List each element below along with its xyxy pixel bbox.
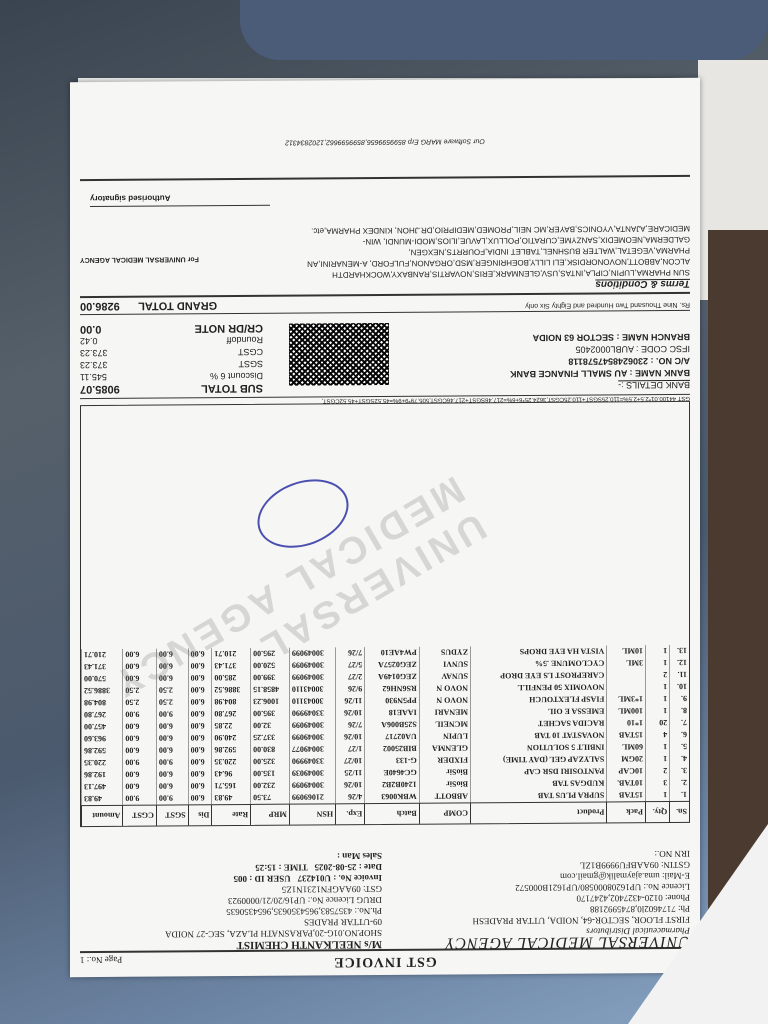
table-cell: 30043110 — [289, 695, 335, 707]
column-header: COMP — [419, 803, 470, 824]
for-agency: For UNIVERSAL MEDICAL AGENCY — [80, 253, 199, 265]
table-cell: 6.00 — [188, 768, 212, 780]
table-cell: 9/26 — [336, 683, 365, 695]
table-cell: 6.00 — [188, 732, 212, 744]
table-cell: 1 — [645, 705, 669, 717]
column-header: HSN — [289, 804, 335, 825]
table-cell — [607, 681, 646, 693]
table-cell: 240.90 — [212, 732, 251, 744]
column-header: Exp. — [336, 804, 365, 825]
table-cell: SUNVI — [419, 658, 470, 670]
table-cell: 1006.23 — [251, 696, 290, 708]
table-cell: 33049990 — [289, 707, 335, 719]
column-header: Qty. — [645, 802, 669, 823]
table-cell: RS6NH62 — [365, 683, 420, 695]
page-number: Page No.: 1 — [80, 955, 122, 965]
table-cell: FIASP FLEXTOUCH — [471, 693, 607, 706]
invoice-document: GST INVOICE Page No.: 1 UNIVERSAL MEDICA… — [70, 78, 700, 977]
table-cell: 20GM — [607, 753, 646, 765]
table-cell: 9. — [670, 693, 689, 705]
table-cell: 830.00 — [251, 744, 290, 756]
table-cell: 15TAB — [607, 729, 646, 741]
table-cell: 10/27 — [336, 755, 365, 767]
table-cell: 30043110 — [289, 683, 335, 695]
table-cell: 73.50 — [251, 792, 290, 805]
table-cell: CAREPROST LS EYE DROP — [471, 669, 607, 682]
table-cell: KUDGAS TAB — [471, 777, 607, 790]
table-cell: 497.13 — [82, 781, 123, 793]
table-cell: 5/27 — [336, 659, 365, 671]
grand-total-label: GRAND TOTAL — [138, 299, 217, 312]
table-cell: 1240B2B2 — [365, 779, 420, 791]
terms-section: Terms & Conditions SUN PHARMA,LUPIN,CIPL… — [80, 223, 690, 293]
table-cell: 1 — [645, 693, 669, 705]
table-cell: 22.85 — [212, 720, 251, 732]
table-cell: 7/26 — [336, 719, 365, 731]
table-cell: 30049039 — [289, 767, 335, 779]
table-cell: 1*3ML — [607, 693, 646, 705]
table-cell: 12. — [670, 657, 689, 669]
table-cell: 5. — [670, 741, 689, 753]
table-cell: 7/26 — [336, 647, 365, 659]
table-cell: NOVASTAT 10 TAB — [471, 729, 607, 742]
table-cell: 1 — [645, 789, 669, 802]
table-cell: WBK0063 — [365, 791, 420, 804]
table-cell: 3. — [670, 765, 689, 777]
table-cell: SUNAV — [419, 670, 470, 682]
buyer-drug-licence: DRUG Licence No.: UP16/20/21/0000923 — [80, 894, 382, 907]
table-cell: 9.00 — [156, 792, 188, 805]
table-cell: BioSir — [419, 778, 470, 790]
grand-total-value: 9286.00 — [80, 300, 120, 312]
table-cell: 10/26 — [336, 707, 365, 719]
table-cell: INBILT 5 SOLUTION — [471, 741, 607, 754]
total-row: Discount 6 %545.11 — [80, 370, 263, 383]
amount-in-words: Rs. Nine Thousand Two Hundred and Eighty… — [525, 296, 690, 309]
table-cell: SUPRA PLUS TAB — [471, 789, 607, 802]
grand-total-row: Rs. Nine Thousand Two Hundred and Eighty… — [80, 292, 690, 315]
invoice-number: U014237 — [298, 873, 332, 883]
table-cell: 4. — [670, 753, 689, 765]
table-cell: 4858.15 — [251, 684, 290, 696]
table-cell: ZEG0149A — [365, 671, 420, 683]
table-cell: 8. — [670, 705, 689, 717]
table-cell: 6.00 — [156, 768, 188, 780]
table-cell: 232.00 — [251, 780, 290, 792]
total-row: CGST373.23 — [80, 346, 263, 359]
table-cell: 592.86 — [212, 744, 251, 756]
table-cell: 49.83 — [212, 792, 251, 805]
buyer-phone: Ph.No.: 4357583,9654350635,9654350635 — [80, 905, 382, 918]
column-header: CGST — [123, 805, 156, 826]
table-cell: 10CAP — [607, 765, 646, 777]
table-cell: 11. — [670, 669, 689, 681]
table-cell: 33049990 — [289, 755, 335, 767]
items-table: Sn.Qty.PackProductCOMPBatchExp.HSNMRPRat… — [80, 401, 690, 827]
table-cell: GC4640E — [365, 767, 420, 779]
table-cell: EMESSA E OIL — [471, 705, 607, 718]
table-cell: 6.00 — [156, 744, 188, 756]
table-cell: PP5N930 — [365, 695, 420, 707]
buyer-name: M/s NEELKANTH CHEMIST — [80, 938, 382, 951]
table-cell: 2. — [670, 777, 689, 789]
table-cell: 9.00 — [156, 756, 188, 768]
authorised-signatory: Authorised signatory — [90, 193, 270, 207]
table-cell: 9.00 — [123, 757, 156, 769]
table-cell: 192.86 — [82, 769, 123, 781]
table-cell: 3ML — [607, 657, 646, 669]
table-cell: FIXDER — [419, 754, 470, 766]
invoice-meta-line2: Date : 25-08-2025 TIME : 15:25 — [80, 861, 382, 874]
table-cell: 395.00 — [251, 708, 290, 720]
table-cell: 4/26 — [336, 791, 365, 804]
table-cell: BioSir — [419, 766, 470, 778]
total-row: SUB TOTAL9085.07 — [80, 382, 263, 395]
table-cell: NOVOMIX 50 PENFILL — [471, 681, 607, 694]
table-cell: 2 — [645, 765, 669, 777]
table-cell: BIB25002 — [365, 743, 420, 755]
column-header: MRP — [251, 804, 290, 825]
table-cell: 2 — [645, 669, 669, 681]
table-cell: 4 — [645, 729, 669, 741]
table-header-row: Sn.Qty.PackProductCOMPBatchExp.HSNMRPRat… — [82, 801, 690, 826]
table-cell — [607, 669, 646, 681]
table-cell: 30049099 — [289, 671, 335, 683]
terms-title: Terms & Conditions — [80, 278, 690, 293]
table-cell: 1 — [645, 753, 669, 765]
table-cell: 220.35 — [212, 756, 251, 768]
buyer-info: M/s NEELKANTH CHEMIST SHOP.NO.01G-20,PAR… — [80, 850, 388, 951]
table-cell: 10ML — [607, 645, 646, 657]
table-cell: PW4AE10 — [365, 647, 420, 659]
table-cell: 10/26 — [336, 731, 365, 743]
seller-licence: Licence No.: UP16208000580/UP1621B000572 — [388, 881, 690, 894]
table-cell: LUPIN — [419, 730, 470, 742]
seller-phone2: Phone: 0120-4327402,4247170 — [388, 892, 690, 905]
bank-ifsc: IFSC CODE : AUBL0002405 — [416, 343, 691, 357]
table-cell: 6.00 — [188, 756, 212, 768]
table-cell: ABBOTT — [419, 790, 470, 803]
table-cell: 11/26 — [336, 695, 365, 707]
table-cell: ZEG0257A — [365, 659, 420, 671]
invoice-date: 25-08-2025 — [315, 862, 357, 872]
table-cell: 6. — [670, 729, 689, 741]
table-cell: 100ML — [607, 705, 646, 717]
column-header: Product — [471, 802, 607, 823]
bank-account: A/C NO. : 2306248547578118 — [416, 355, 691, 369]
table-cell: 1 — [645, 681, 669, 693]
table-cell: 1 — [645, 645, 669, 657]
table-cell: 267.80 — [212, 708, 251, 720]
table-cell: 210.71 — [82, 649, 123, 661]
table-cell: 6.00 — [188, 780, 212, 792]
totals-list: SUB TOTAL9085.07Discount 6 %545.11SGST37… — [80, 316, 263, 395]
seller-name: UNIVERSAL MEDICAL AGENCY — [388, 936, 690, 949]
seller-address: FIRST FLOOR, SECTOR-64, NOIDA, UTTAR PRA… — [388, 914, 690, 927]
table-cell: 135.00 — [251, 768, 290, 780]
table-cell: 10. — [670, 681, 689, 693]
invoice-meta-line1: Invoice No. : U014237 USER ID : 005 — [80, 872, 382, 885]
table-cell: 96.43 — [212, 768, 251, 780]
table-cell: 7. — [670, 717, 689, 729]
column-header: Batch — [365, 803, 420, 824]
salesman: Sales Man : — [80, 850, 382, 863]
buyer-address1: SHOP.NO.01G-20,PARASNATH PLAZA, SEC-27 N… — [80, 927, 382, 940]
table-cell: RACIDA SACHET — [471, 717, 607, 730]
table-cell: 6.00 — [188, 792, 212, 805]
table-cell: 10TAB. — [607, 777, 646, 789]
table-cell: MENARI — [419, 706, 470, 718]
qr-code-icon — [289, 323, 389, 386]
table-cell: ZYDUS — [419, 646, 470, 658]
column-header: Pack — [607, 802, 646, 823]
table-cell: 30049099 — [289, 779, 335, 791]
seller-info: UNIVERSAL MEDICAL AGENCY Pharmaceutical … — [388, 848, 690, 949]
table-cell: GLENMA — [419, 742, 470, 754]
table-cell: 3 — [645, 777, 669, 789]
table-cell: 21069099 — [289, 791, 335, 804]
table-cell: 6.00 — [188, 744, 212, 756]
table-cell: NOVO N — [419, 682, 470, 694]
table-cell: 11/25 — [336, 767, 365, 779]
invoice-title: GST INVOICE — [80, 951, 690, 971]
table-cell: 1. — [670, 789, 689, 802]
table-cell: PANTOSIRI DSR CAP — [471, 765, 607, 778]
column-header: Sn. — [670, 801, 689, 822]
table-cell: 13. — [670, 645, 689, 657]
table-cell: CYCLOMUNE .5% — [471, 657, 607, 670]
table-cell: 2/27 — [336, 671, 365, 683]
table-cell: 6.00 — [123, 781, 156, 793]
table-cell: 165.71 — [212, 780, 251, 792]
column-header: Rate — [212, 804, 251, 825]
table-cell: 32.00 — [251, 720, 290, 732]
bank-name: BANK NAME : AU SMALL FINANCE BANK — [416, 367, 691, 381]
invoice-header: GST INVOICE Page No.: 1 UNIVERSAL MEDICA… — [80, 848, 690, 971]
table-cell: 49.83 — [82, 793, 123, 806]
table-cell: 30049099 — [289, 731, 335, 743]
terms-text: SUN PHARMA,LUPIN,CIPLA,INTAS,USV,GLENMAR… — [214, 223, 690, 281]
table-cell: 325.00 — [251, 756, 290, 768]
table-cell: 20 — [645, 717, 669, 729]
total-row: Roundoff0.42 — [80, 334, 263, 347]
table-cell: VISTA HA EYE DROPS — [471, 645, 607, 658]
table-cell: 1*10 — [607, 717, 646, 729]
totals-section: BANK DETAILS :- BANK NAME : AU SMALL FIN… — [80, 313, 690, 395]
table-cell: UA02717 — [365, 731, 420, 743]
total-row: CR/DR NOTE0.00 — [80, 322, 263, 335]
table-cell: SALYZAP GEL (DAY TIME) — [471, 753, 607, 766]
invoice-time: 15:25 — [255, 863, 276, 873]
table-cell: MCNEIL — [419, 718, 470, 730]
seller-gstin: GSTIN: 09AABFU9999B1ZL — [388, 859, 690, 872]
background-cloth — [240, 0, 768, 60]
table-cell: 30049077 — [289, 743, 335, 755]
qr-code — [263, 315, 416, 394]
table-cell: 60ML — [607, 741, 646, 753]
bank-branch: BRANCH NAME : SECTOR 63 NOIDA — [416, 331, 691, 345]
column-header: Dis — [188, 805, 212, 826]
table-cell: 220.35 — [82, 757, 123, 769]
software-credit: Our Software MARG Erp 8599599656,8599599… — [70, 136, 700, 147]
table-cell: G-133 — [365, 755, 420, 767]
table-cell: 1 — [645, 657, 669, 669]
table-cell: 30049099 — [289, 719, 335, 731]
table-cell: S25B006A — [365, 719, 420, 731]
table-cell: 6.00 — [123, 769, 156, 781]
column-header: Amount — [82, 805, 123, 826]
user-id: 005 — [233, 874, 247, 884]
column-header: SGST — [156, 805, 188, 826]
table-cell: 6.00 — [156, 780, 188, 792]
table-cell: NOVO N — [419, 694, 470, 706]
table-cell: 30049099 — [289, 659, 335, 671]
bank-details: BANK DETAILS :- BANK NAME : AU SMALL FIN… — [416, 313, 691, 393]
table-cell: 10/26 — [336, 779, 365, 791]
table-cell: IAAE18 — [365, 707, 420, 719]
table-cell: 6.00 — [188, 720, 212, 732]
table-cell: 15TAB — [607, 789, 646, 802]
table-cell: 1 — [645, 741, 669, 753]
table-cell: 1/27 — [336, 743, 365, 755]
table-cell: 9.00 — [123, 793, 156, 806]
table-cell: 337.25 — [251, 732, 290, 744]
